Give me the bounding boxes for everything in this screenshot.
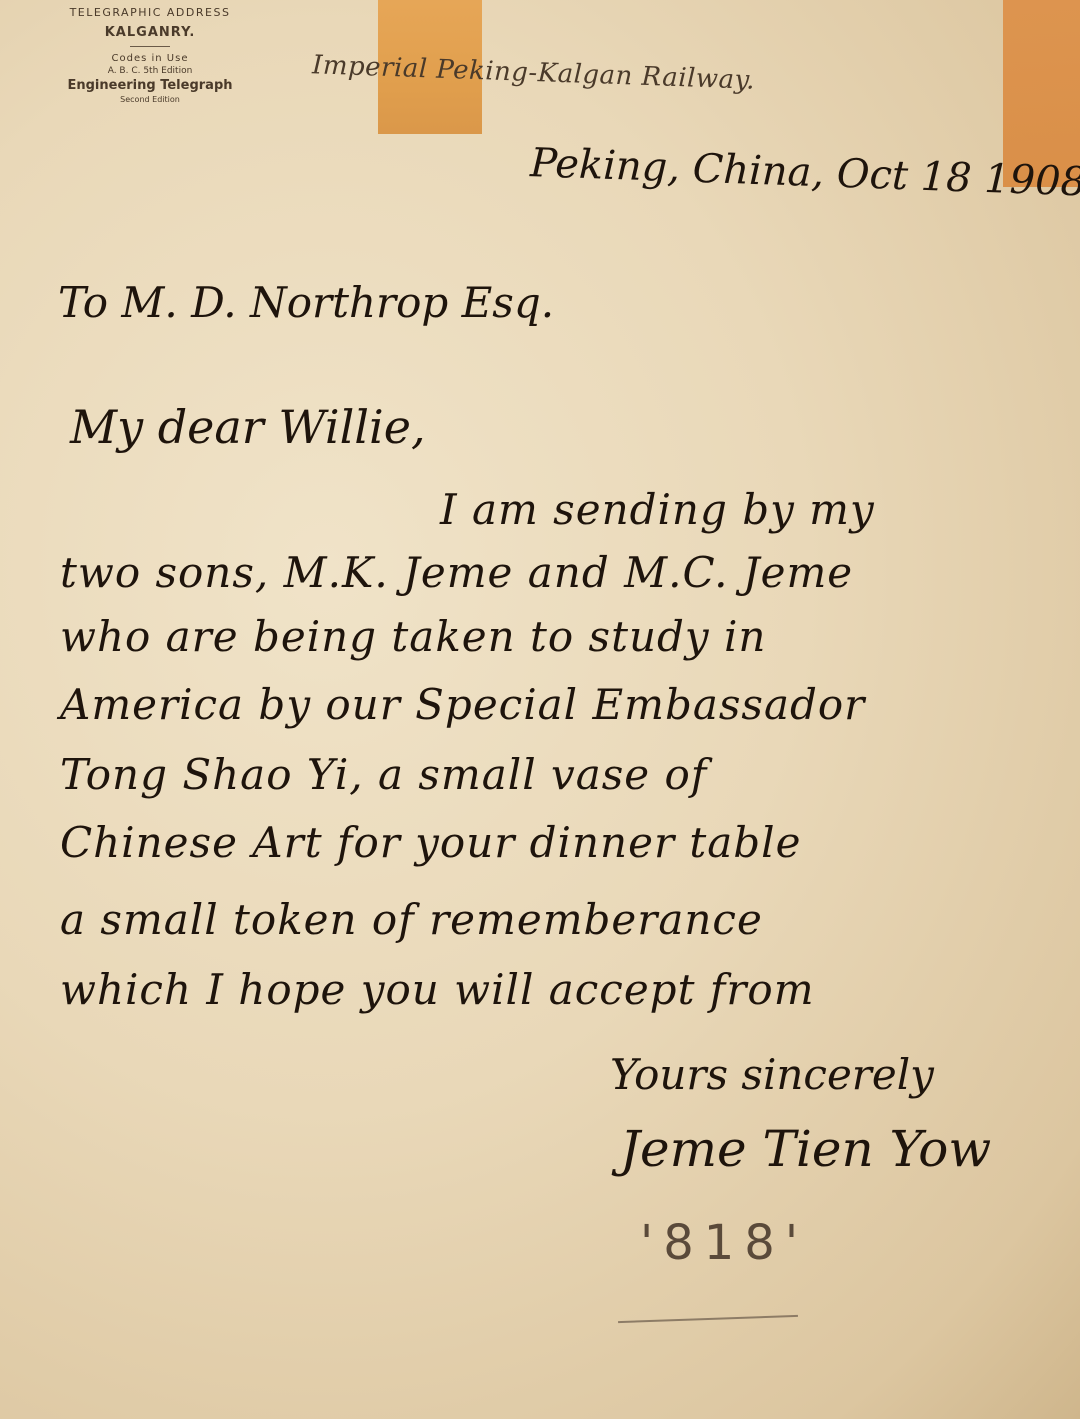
salutation: My dear Willie, — [70, 400, 426, 454]
pencil-annotation: '818' — [640, 1215, 808, 1271]
body-line: Tong Shao Yi, a small vase of — [60, 750, 707, 799]
body-line: America by our Special Embassador — [60, 680, 865, 729]
body-line: two sons, M.K. Jeme and M.C. Jeme — [60, 548, 853, 597]
body-line: I am sending by my — [440, 485, 875, 534]
closing: Yours sincerely — [610, 1050, 934, 1099]
telegraphic-address: KALGANRY. — [20, 25, 280, 40]
place-date: Peking, China, Oct 18 1908. — [529, 140, 1080, 206]
codes-line-1: A. B. C. 5th Edition — [20, 66, 280, 76]
codes-label: Codes in Use — [20, 53, 280, 64]
addressee: To M. D. Northrop Esq. — [58, 278, 554, 327]
pencil-underline — [618, 1315, 798, 1323]
body-line: which I hope you will accept from — [60, 965, 815, 1014]
signature: Jeme Tien Yow — [620, 1120, 991, 1178]
telegraphic-address-label: Telegraphic Address — [20, 6, 280, 19]
letterhead-divider — [130, 46, 170, 47]
body-line: who are being taken to study in — [60, 612, 767, 661]
codes-line-2: Engineering Telegraph — [20, 78, 280, 93]
body-line: Chinese Art for your dinner table — [60, 818, 801, 867]
codes-line-3: Second Edition — [20, 95, 280, 104]
body-line: a small token of rememberance — [60, 895, 763, 944]
letter-page: Telegraphic Address KALGANRY. Codes in U… — [0, 0, 1080, 1419]
letterhead: Telegraphic Address KALGANRY. Codes in U… — [20, 6, 280, 104]
